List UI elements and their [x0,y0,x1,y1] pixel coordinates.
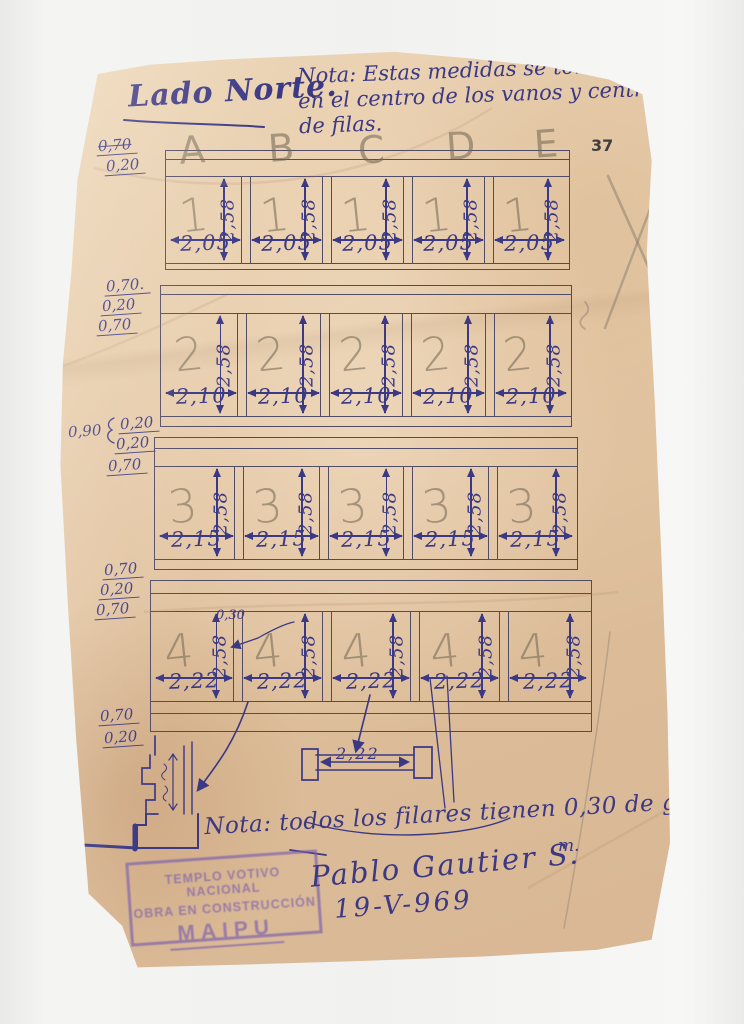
width-dim-label: 2,22 [508,668,587,695]
pilaster [322,611,332,701]
sill-line [160,416,572,417]
row-number-pencil: 2 [418,326,453,383]
pilaster [234,466,244,559]
width-dim-label: 2,22 [331,668,410,695]
width-dim-label: 2,10 [165,383,238,410]
width-dim-label: 2,05 [494,230,566,256]
width-dim-label: 2,15 [328,526,404,553]
bay-panel: 2 2,58 2,10 [495,313,567,416]
bay-panel: 4 2,58 2,22 [155,611,233,701]
bay-panel: 2 2,58 2,10 [330,313,402,416]
base-line [150,713,592,714]
row-number-pencil: 3 [420,478,455,535]
bay-panel: 1 2,58 2,05 [251,176,322,263]
base-detail-notes [162,764,168,801]
pilaster [322,176,332,263]
title-underline [124,120,264,127]
bay-panels-row-3: 3 2,58 2,15 3 2,58 2,15 3 [159,466,573,559]
pilaster [485,313,495,416]
width-dim-label: 2,05 [251,230,323,256]
width-dim-label: 2,15 [243,526,319,553]
signature: Pablo Gautier S. [309,836,581,893]
height-dim-label: 2,58 [379,342,400,386]
base-detail-column [184,742,192,814]
bay-panels-row-4: 4 2,58 2,22 4 2,58 2,22 4 [155,611,587,701]
margin-dimension: 0,70 [105,455,148,477]
bay-panel: 3 2,58 2,15 [498,466,573,559]
pilaster [403,176,413,263]
margin-dimension: 0,20 [99,295,142,317]
pilaster [319,466,329,559]
margin-dimension: 0,70 [97,705,140,727]
bay-panel: 4 2,58 2,22 [243,611,321,701]
pilaster [484,176,494,263]
row-number-pencil: 3 [335,478,370,535]
base-detail-steps [142,736,158,814]
width-dim-label: 2,10 [329,383,402,410]
margin-dimension: 0,20 [103,155,146,177]
beam-detail-width-label: 2,22 [336,744,380,763]
bay-panel: 3 2,58 2,15 [159,466,234,559]
pilaster [237,313,247,416]
date: 19-V-969 [333,885,474,925]
bay-panel: 1 2,58 2,05 [170,176,241,263]
beam-line [154,448,578,449]
pilaster [410,611,420,701]
margin-total-dimension: 0,90 [65,421,108,442]
bay-panel: 2 2,58 2,10 [165,313,237,416]
bay-panel: 1 2,58 2,05 [494,176,565,263]
margin-dimension: 0,70 [95,135,138,157]
bay-panel: 3 2,58 2,15 [244,466,319,559]
pencil-squiggle [580,302,588,329]
width-dim-label: 2,05 [332,230,404,256]
beam-line [160,294,572,295]
column-letter-a: A [177,127,206,173]
sill-line [165,263,570,264]
bay-panel: 2 2,58 2,10 [247,313,319,416]
bottom-note: Nota: todos los filares tienen 0,30 de g… [204,786,744,840]
height-dim-label: 2,58 [544,342,565,386]
margin-dimension: 0,20 [101,727,144,749]
width-dim-label: 2,10 [412,383,485,410]
bay-panel: 1 2,58 2,05 [413,176,484,263]
row-number-pencil: 3 [504,478,539,535]
beam-line [150,593,592,594]
pilaster [320,313,330,416]
pencil-cross-mark [608,176,659,292]
margin-dimension: 0,20 [113,433,156,455]
margin-dimension: 0,70. [103,274,150,296]
stamp-city: MAIPU [169,915,284,951]
row-number-pencil: 2 [501,326,536,383]
elevation-row-4: 4 2,58 2,22 4 2,58 2,22 4 [150,580,592,732]
width-dim-label: 2,22 [155,668,234,695]
bay-panel: 4 2,58 2,22 [332,611,410,701]
page-number: 37 [591,136,613,155]
row-number-pencil: 2 [253,326,288,383]
pilaster [499,611,509,701]
width-dim-label: 2,22 [243,668,322,695]
width-dim-label: 2,05 [413,230,485,256]
width-dim-label: 2,15 [413,526,489,553]
bay-panels-row-2: 2 2,58 2,10 2 2,58 2,10 2 [165,313,567,416]
pilaster [233,611,243,701]
height-dim-label: 2,58 [461,342,482,386]
margin-dimension: 0,70 [93,599,136,621]
row-number-pencil: 2 [336,326,371,383]
width-dim-label: 2,22 [420,668,499,695]
base-detail-ground-line [83,845,137,848]
row-number-pencil: 3 [250,478,285,535]
width-dim-label: 2,05 [170,230,242,256]
margin-dimension: 0,70 [95,315,138,337]
bay-panels-row-1: 1 2,58 2,05 1 2,58 2,05 1 [170,176,565,263]
width-dim-label: 2,10 [247,383,320,410]
elevation-row-2: 2 2,58 2,10 2 2,58 2,10 2 [160,285,572,427]
bay-panel: 3 2,58 2,15 [329,466,404,559]
bay-panel: 1 2,58 2,05 [332,176,403,263]
bay-panel: 4 2,58 2,22 [420,611,498,701]
margin-dimension: 0,70 [101,559,144,581]
row-number-pencil: 3 [165,478,200,535]
height-dim-label: 2,58 [214,342,235,386]
width-dim-label: 2,10 [494,383,567,410]
base-detail-arrow [169,754,177,810]
bay-panel: 3 2,58 2,15 [413,466,488,559]
pilaster [488,466,498,559]
bay-panel: 2 2,58 2,10 [412,313,484,416]
pilaster [402,313,412,416]
width-dim-label: 2,15 [159,526,235,553]
margin-dimension: 0,20 [117,413,160,435]
width-dim-label: 2,15 [498,526,574,553]
scanner-background: 1 2,58 2,05 1 2,58 2,05 1 [0,0,744,1024]
top-note: Nota: Estas medidas se tomaron en el cen… [297,52,658,139]
margin-dimension: 0,20 [97,579,140,601]
pilaster [403,466,413,559]
row-number-pencil: 2 [171,326,206,383]
height-dim-label: 2,58 [296,342,317,386]
sill-line [154,559,578,560]
pilaster-width-label: 0,30 [216,608,245,623]
sill-line [150,701,592,702]
construction-stamp: TEMPLO VOTIVO NACIONAL OBRA EN CONSTRUCC… [125,849,322,946]
base-detail-footing [137,814,198,848]
pilaster [241,176,251,263]
column-letter-b: B [266,125,295,171]
bay-panel: 4 2,58 2,22 [509,611,587,701]
pencil-cross-mark [605,188,658,328]
paper-sheet: 1 2,58 2,05 1 2,58 2,05 1 [58,50,670,972]
elevation-row-3: 3 2,58 2,15 3 2,58 2,15 3 [154,437,578,570]
